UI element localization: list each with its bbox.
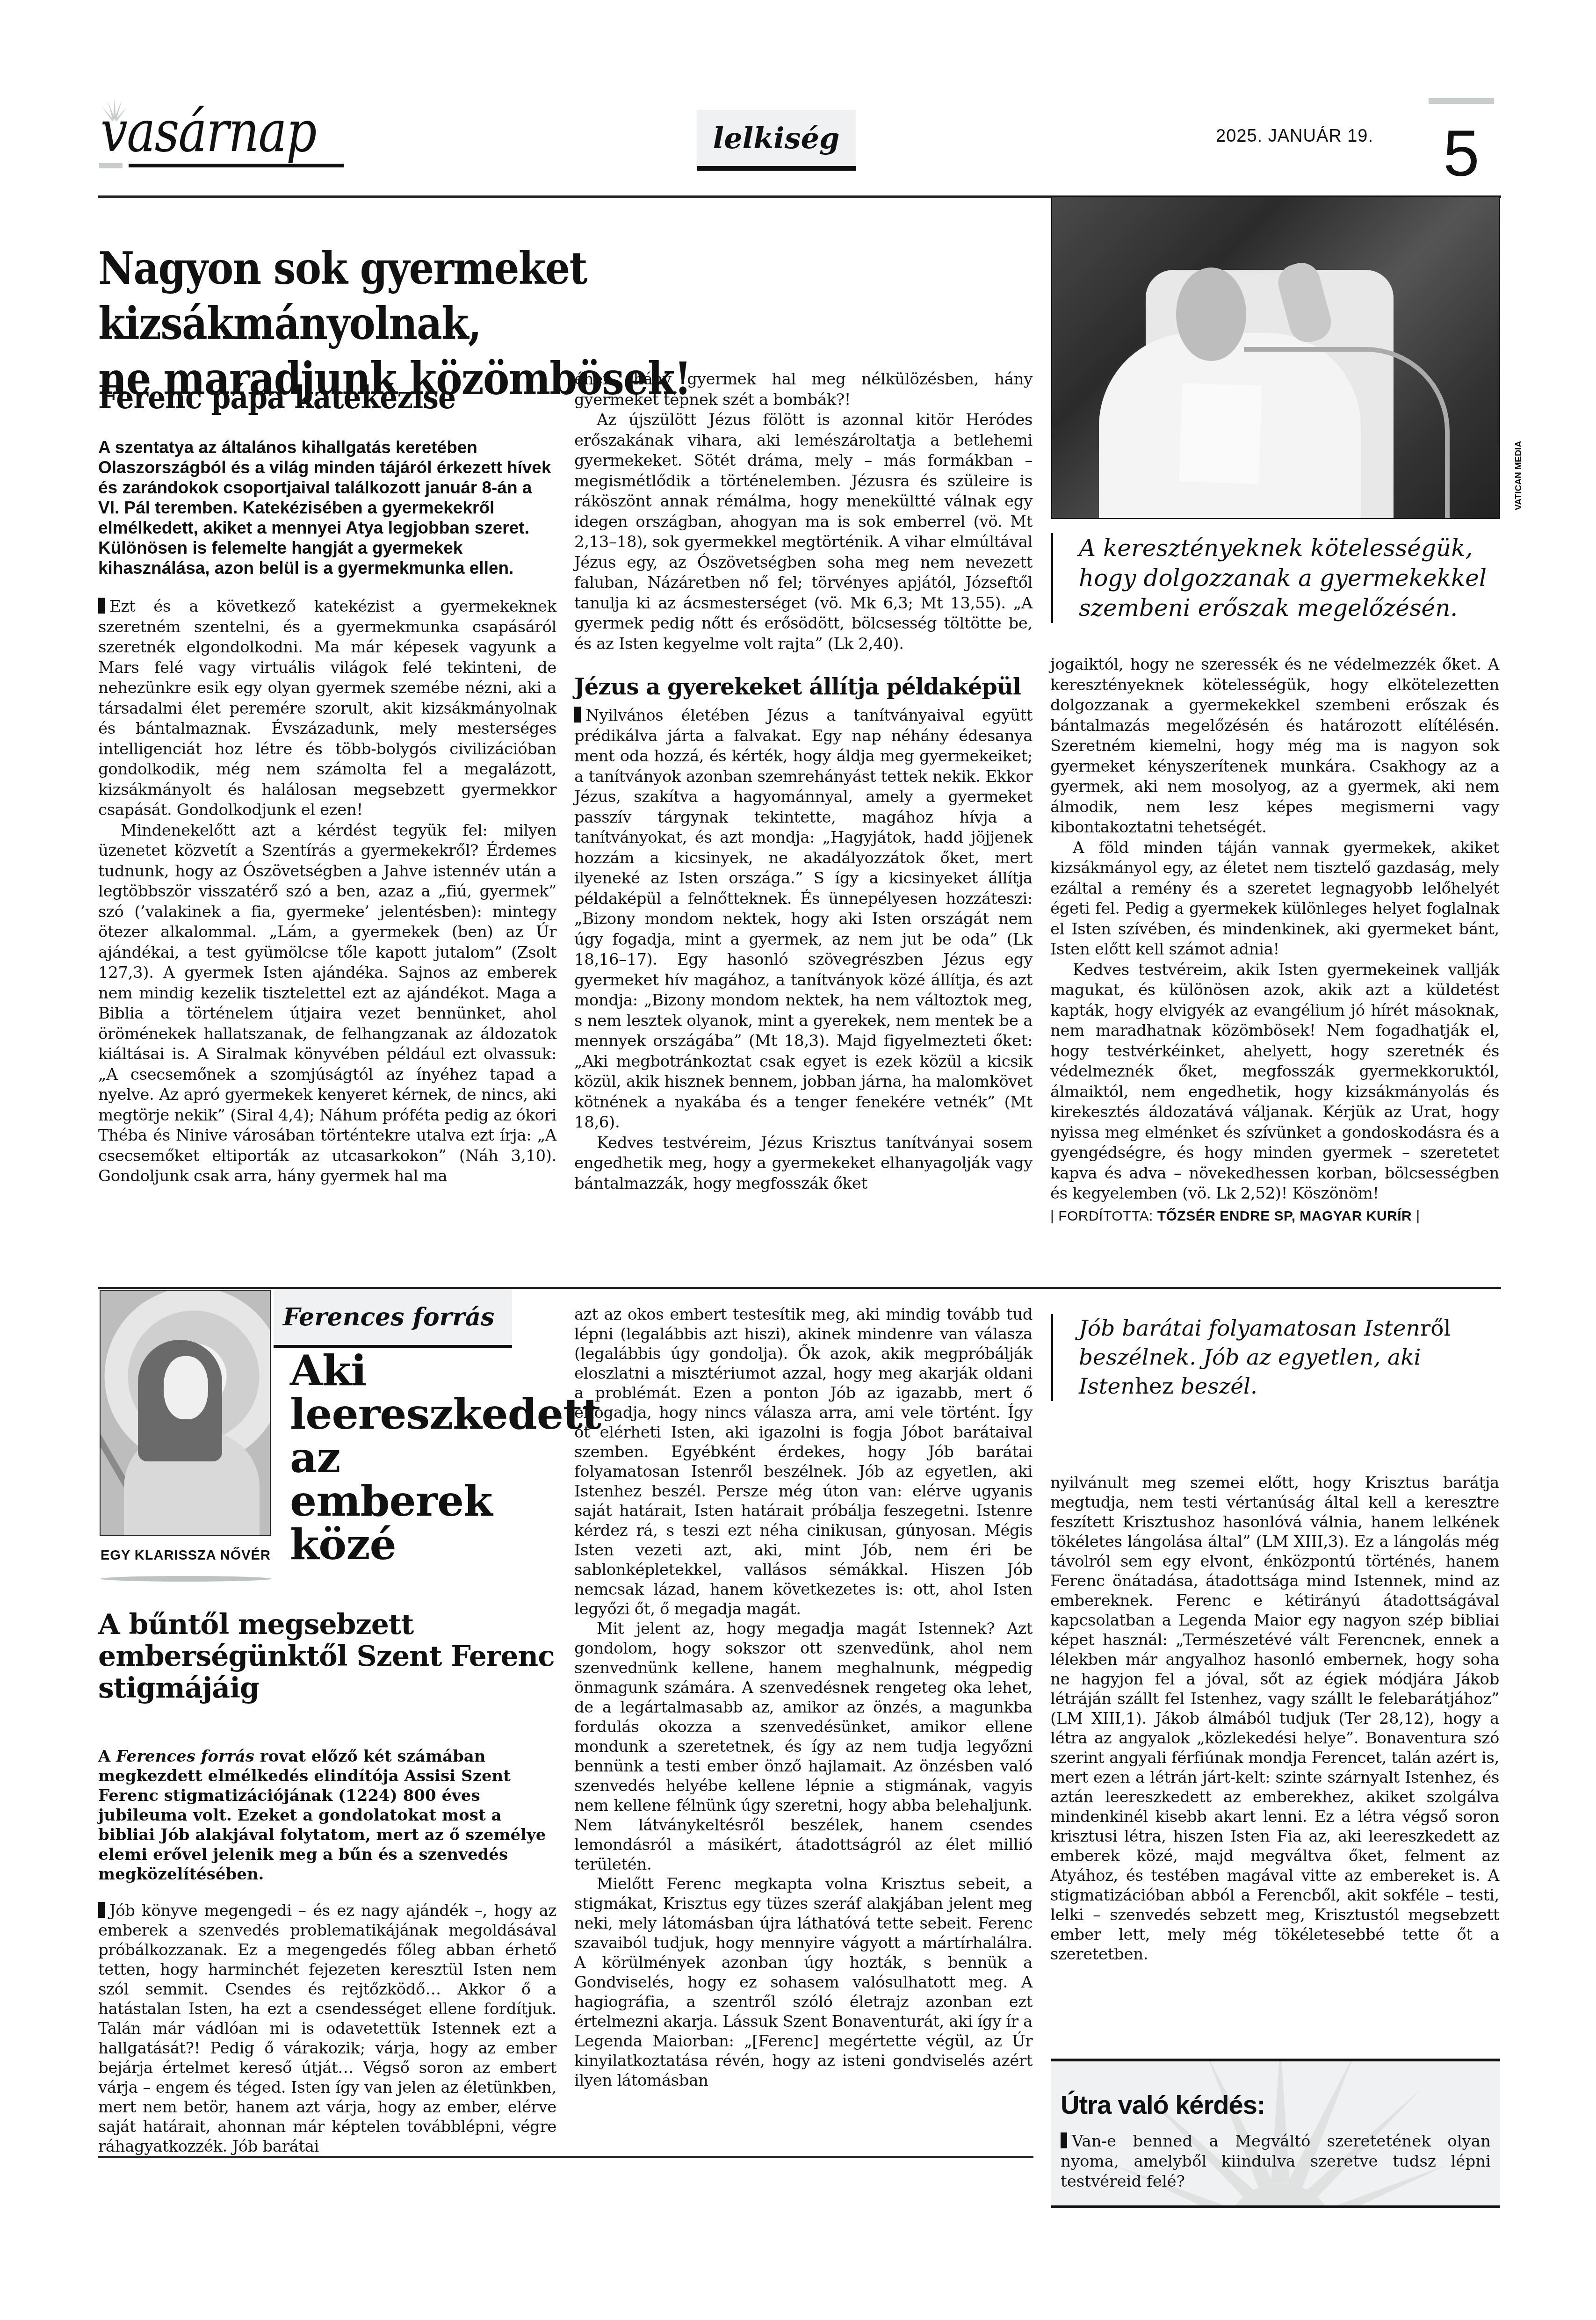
- paragraph: Mit jelent az, hogy megadja magát Istenn…: [574, 1619, 1033, 1874]
- paragraph: Mindenekelőtt azt a kérdést tegyük fel: …: [98, 821, 556, 1187]
- paragraph-marker-icon: [574, 707, 581, 723]
- publication-logo: vasárnap: [98, 94, 346, 173]
- question-text: Van-e benned a Megváltó szeretetének oly…: [1061, 2132, 1491, 2192]
- paragraph: Jób könyve megengedi – és ez nagy ajándé…: [98, 1901, 556, 2156]
- author-caption: EGY KLARISSZA NŐVÉR: [101, 1548, 271, 1563]
- question-title: Útra való kérdés:: [1061, 2089, 1265, 2120]
- logo-underline: [129, 164, 344, 167]
- article-column-1: A Ferences forrás rovat előző két számáb…: [98, 1747, 556, 2156]
- paragraph: azt az okos embert testesítik meg, aki m…: [574, 1305, 1033, 1619]
- saint-clare-illustration: [100, 1290, 271, 1536]
- issue-date: 2025. JANUÁR 19.: [1216, 126, 1373, 146]
- series-label: Ferences forrás: [274, 1289, 512, 1348]
- article-lead: A szentatya az általános kihallgatás ker…: [98, 437, 556, 578]
- paragraph: Mielőtt Ferenc megkapta volna Krisztus s…: [574, 1874, 1033, 2090]
- paragraph: jogaiktól, hogy ne szeressék és ne védel…: [1050, 655, 1499, 838]
- face-shape: [164, 1356, 208, 1419]
- paragraph-marker-icon: [98, 598, 105, 614]
- reflection-question-box: Útra való kérdés: Van-e benned a Megvált…: [1051, 2059, 1500, 2208]
- pope-photo: [1051, 196, 1500, 519]
- paragraph: Kedves testvéreim, akik Isten gyermekein…: [1050, 960, 1499, 1204]
- article-subhead: A bűntől megsebzett emberségünktől Szent…: [98, 1609, 556, 1704]
- article-column-2: azt az okos embert testesítik meg, aki m…: [574, 1305, 1033, 2090]
- bottom-divider: [98, 2156, 1033, 2158]
- photo-credit: FOTÓ: VATICAN MEDIA: [1509, 393, 1528, 514]
- article-column-3: jogaiktól, hogy ne szeressék és ne védel…: [1050, 655, 1499, 1226]
- paragraph: A föld minden táján vannak gyermekek, ak…: [1050, 838, 1499, 960]
- translator-byline: | FORDÍTOTTA: TŐZSÉR ENDRE SP, MAGYAR KU…: [1050, 1206, 1499, 1227]
- article-subhead: Ferenc pápa katekézise: [98, 379, 455, 416]
- paragraph-marker-icon: [1061, 2132, 1067, 2148]
- section-divider: [98, 1287, 1501, 1289]
- paragraph-marker-icon: [98, 1902, 105, 1918]
- section-label: lelkiség: [697, 110, 856, 171]
- paragraph: nyilvánult meg szemei előtt, hogy Kriszt…: [1050, 1473, 1499, 1964]
- head-shape: [1176, 267, 1246, 361]
- page-number: 5: [1429, 98, 1494, 208]
- paragraph: Az újszülött Jézus fölött is azonnal kit…: [574, 410, 1033, 654]
- paragraph: Nyilvános életében Jézus a tanítványaiva…: [574, 706, 1033, 1133]
- article-column-3: nyilvánult meg szemei előtt, hogy Kriszt…: [1050, 1473, 1499, 1964]
- article-lead: A Ferences forrás rovat előző két számáb…: [98, 1747, 556, 1884]
- pull-quote: Jób barátai folyamatosan Istenről beszél…: [1051, 1314, 1500, 1401]
- section-heading: Jézus a gyerekeket állítja példaképül: [574, 673, 1033, 701]
- paragraph: Ezt és a következő katekézist a gyermeke…: [98, 597, 556, 821]
- caption-underline: [101, 1576, 271, 1582]
- paragraph: Kedves testvéreim, Jézus Krisztus tanítv…: [574, 1133, 1033, 1194]
- logo-text: vasárnap: [101, 103, 316, 160]
- article-column-1: A szentatya az általános kihallgatás ker…: [98, 437, 556, 1187]
- paragraph: éhen, hány gyermek hal meg nélkülözésben…: [574, 369, 1033, 410]
- logo-accent: [99, 163, 123, 168]
- article-title: Aki leereszkedett az emberek közé: [290, 1349, 552, 1567]
- article-column-2: éhen, hány gyermek hal meg nélkülözésben…: [574, 369, 1033, 1194]
- microphone-shape: [1244, 347, 1450, 519]
- pull-quote: A keresztényeknek kötelességük, hogy dol…: [1051, 533, 1500, 623]
